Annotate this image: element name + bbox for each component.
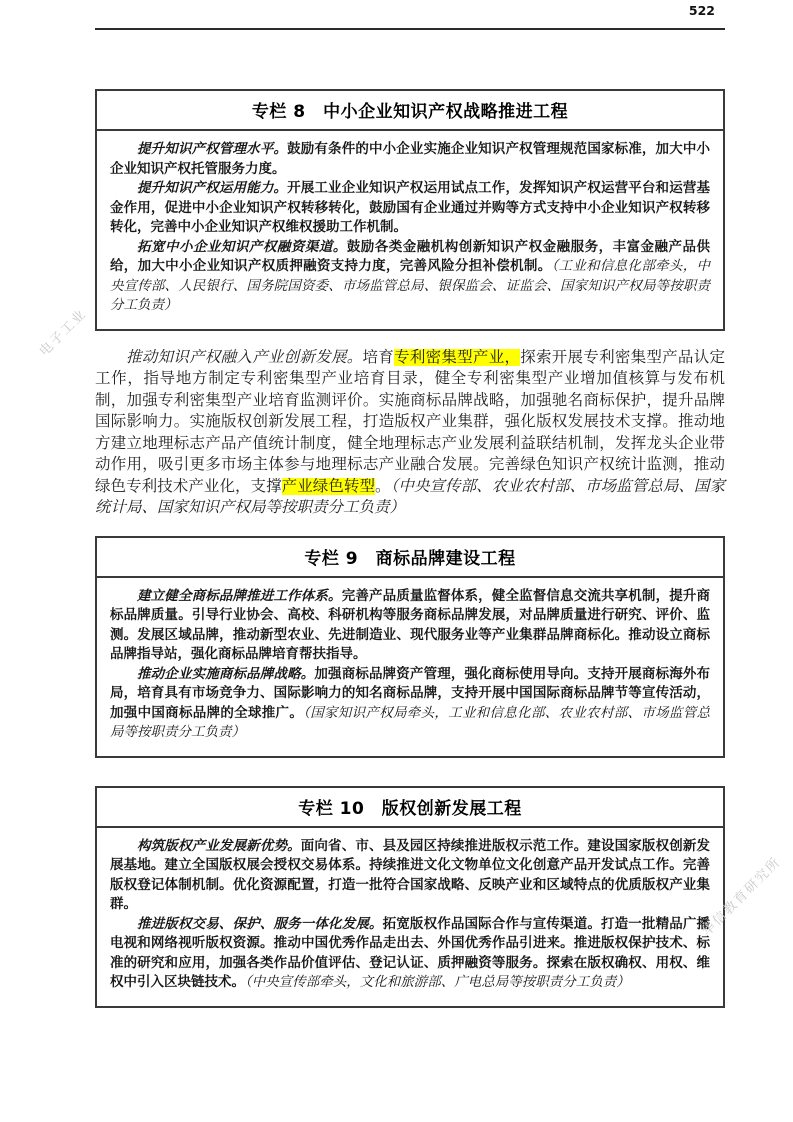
paragraph-text: 。 — [375, 478, 391, 495]
page-content: 522 专栏 8 中小企业知识产权战略推进工程 提升知识产权管理水平。鼓励有条件… — [95, 0, 725, 1008]
paragraph-lead: 推进版权交易、保护、服务一体化发展。 — [137, 916, 383, 931]
paragraph-lead: 提升知识产权运用能力。 — [137, 180, 287, 195]
panel-paragraph: 推动企业实施商标品牌战略。加强商标品牌资产管理，强化商标使用导向。支持开展商标海… — [110, 664, 710, 742]
panel-title: 专栏 10 版权创新发展工程 — [97, 788, 723, 828]
page-number: 522 — [95, 3, 725, 18]
panel-paragraph: 构筑版权产业发展新优势。面向省、市、县及园区持续推进版权示范工作。建设国家版权创… — [110, 836, 710, 914]
paragraph-lead: 构筑版权产业发展新优势。 — [137, 838, 301, 853]
panel-column-8: 专栏 8 中小企业知识产权战略推进工程 提升知识产权管理水平。鼓励有条件的中小企… — [95, 89, 725, 331]
panel-paragraph: 提升知识产权运用能力。开展工业企业知识产权运用试点工作，发挥知识产权运营平台和运… — [110, 178, 710, 237]
panel-column-10: 专栏 10 版权创新发展工程 构筑版权产业发展新优势。面向省、市、县及园区持续推… — [95, 786, 725, 1008]
body-paragraph: 推动知识产权融入产业创新发展。培育专利密集型产业，探索开展专利密集型产品认定工作… — [95, 347, 725, 519]
panel-title: 专栏 9 商标品牌建设工程 — [97, 538, 723, 578]
panel-body: 构筑版权产业发展新优势。面向省、市、县及园区持续推进版权示范工作。建设国家版权创… — [97, 828, 723, 1006]
panel-paragraph: 提升知识产权管理水平。鼓励有条件的中小企业实施企业知识产权管理规范国家标准，加大… — [110, 139, 710, 178]
watermark-text: 电子工业 — [34, 304, 90, 360]
highlighted-phrase: 专利密集型产业， — [394, 349, 520, 366]
paragraph-lead: 拓宽中小企业知识产权融资渠道。 — [137, 239, 347, 254]
panel-body: 建立健全商标品牌推进工作体系。完善产品质量监督体系，健全监督信息交流共享机制，提… — [97, 578, 723, 756]
responsibility-note: （中央宣传部牵头，文化和旅游部、广电总局等按职责分工负责） — [245, 974, 630, 989]
header-rule — [95, 28, 725, 30]
paragraph-text: 培育 — [363, 349, 395, 366]
paragraph-text: 探索开展专利密集型产品认定工作，指导地方制定专利密集型产业培育目录，健全专利密集… — [95, 349, 725, 495]
paragraph-lead: 提升知识产权管理水平。 — [137, 141, 287, 156]
panel-title: 专栏 8 中小企业知识产权战略推进工程 — [97, 91, 723, 131]
highlighted-phrase: 产业绿色转型 — [282, 478, 375, 495]
paragraph-lead: 推动企业实施商标品牌战略。 — [137, 666, 314, 681]
panel-paragraph: 建立健全商标品牌推进工作体系。完善产品质量监督体系，健全监督信息交流共享机制，提… — [110, 586, 710, 664]
panel-column-9: 专栏 9 商标品牌建设工程 建立健全商标品牌推进工作体系。完善产品质量监督体系，… — [95, 536, 725, 758]
panel-paragraph: 拓宽中小企业知识产权融资渠道。鼓励各类金融机构创新知识产权金融服务，丰富金融产品… — [110, 237, 710, 315]
panel-body: 提升知识产权管理水平。鼓励有条件的中小企业实施企业知识产权管理规范国家标准，加大… — [97, 131, 723, 329]
panel-paragraph: 推进版权交易、保护、服务一体化发展。拓宽版权作品国际合作与宣传渠道。打造一批精品… — [110, 914, 710, 992]
document-page: 电子工业 华信教育研究所 522 专栏 8 中小企业知识产权战略推进工程 提升知… — [0, 0, 793, 1122]
paragraph-lead: 建立健全商标品牌推进工作体系。 — [137, 588, 342, 603]
paragraph-lead: 推动知识产权融入产业创新发展。 — [126, 349, 363, 366]
